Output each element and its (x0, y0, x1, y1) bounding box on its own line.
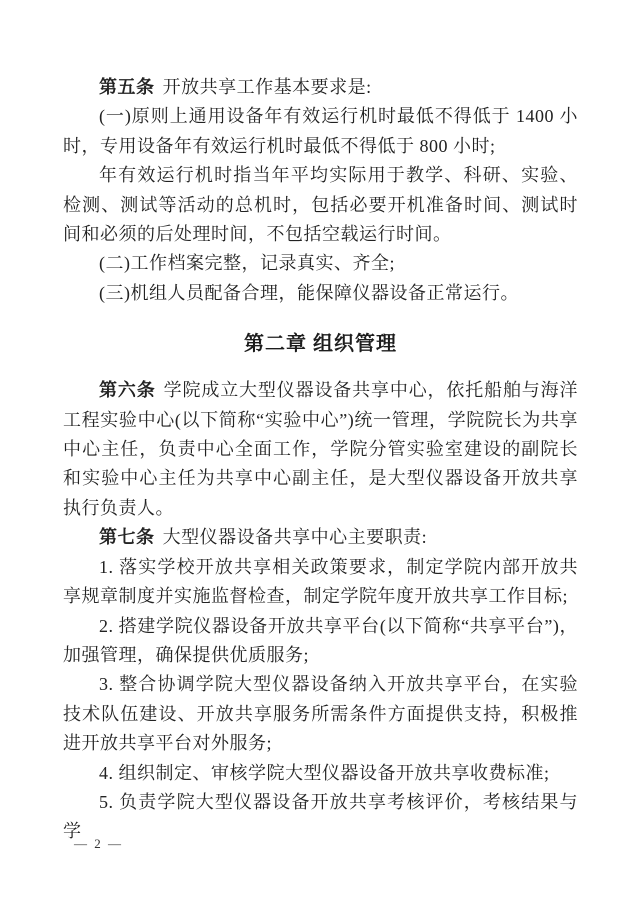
article-5-intro: 第五条开放共享工作基本要求是: (63, 73, 578, 102)
article-7-text: 大型仪器设备共享中心主要职责: (163, 527, 428, 547)
article-6-text: 学院成立大型仪器设备共享中心，依托船舶与海洋工程实验中心(以下简称“实验中心”)… (63, 380, 578, 518)
article-7-number: 第七条 (99, 527, 155, 547)
article-7-duty-3: 3. 整合协调学院大型仪器设备纳入开放共享平台，在实验技术队伍建设、开放共享服务… (63, 670, 578, 758)
article-7-duty-5-text: 5. 负责学院大型仪器设备开放共享考核评价，考核结果与学 (63, 792, 578, 841)
article-7-duty-4: 4. 组织制定、审核学院大型仪器设备开放共享收费标准; (63, 759, 578, 788)
article-6: 第六条学院成立大型仪器设备共享中心，依托船舶与海洋工程实验中心(以下简称“实验中… (63, 376, 578, 523)
article-7-intro: 第七条大型仪器设备共享中心主要职责: (63, 523, 578, 552)
article-5-number: 第五条 (99, 77, 155, 97)
article-7-duty-1-text: 1. 落实学校开放共享相关政策要求，制定学院内部开放共享规章制度并实施监督检查，… (63, 557, 578, 606)
article-5-item-3: (三)机组人员配备合理，能保障仪器设备正常运行。 (63, 279, 578, 308)
article-5-note: 年有效运行机时指当年平均实际用于教学、科研、实验、检测、测试等活动的总机时，包括… (63, 161, 578, 249)
article-7-duty-1: 1. 落实学校开放共享相关政策要求，制定学院内部开放共享规章制度并实施监督检查，… (63, 553, 578, 612)
article-7-duty-2: 2. 搭建学院仪器设备开放共享平台(以下简称“共享平台”)，加强管理，确保提供优… (63, 612, 578, 671)
article-5-item-1: (一)原则上通用设备年有效运行机时最低不得低于 1400 小时，专用设备年有效运… (63, 102, 578, 161)
article-5-item-2-text: (二)工作档案完整，记录真实、齐全; (99, 253, 395, 273)
article-5-text: 开放共享工作基本要求是: (163, 77, 372, 97)
article-7-duty-4-text: 4. 组织制定、审核学院大型仪器设备开放共享收费标准; (99, 763, 550, 783)
article-5-item-1-text: (一)原则上通用设备年有效运行机时最低不得低于 1400 小时，专用设备年有效运… (63, 106, 578, 155)
article-5-note-text: 年有效运行机时指当年平均实际用于教学、科研、实验、检测、测试等活动的总机时，包括… (63, 165, 578, 244)
article-5-item-3-text: (三)机组人员配备合理，能保障仪器设备正常运行。 (99, 283, 519, 303)
article-6-number: 第六条 (99, 380, 156, 400)
article-7-duty-5: 5. 负责学院大型仪器设备开放共享考核评价，考核结果与学 (63, 788, 578, 847)
article-5-item-2: (二)工作档案完整，记录真实、齐全; (63, 249, 578, 278)
page-number: — 2 — (74, 836, 123, 852)
chapter-2-heading: 第二章 组织管理 (63, 329, 578, 359)
document-page: 第五条开放共享工作基本要求是: (一)原则上通用设备年有效运行机时最低不得低于 … (0, 0, 639, 904)
article-7-duty-2-text: 2. 搭建学院仪器设备开放共享平台(以下简称“共享平台”)，加强管理，确保提供优… (63, 616, 578, 665)
article-7-duty-3-text: 3. 整合协调学院大型仪器设备纳入开放共享平台，在实验技术队伍建设、开放共享服务… (63, 674, 578, 753)
